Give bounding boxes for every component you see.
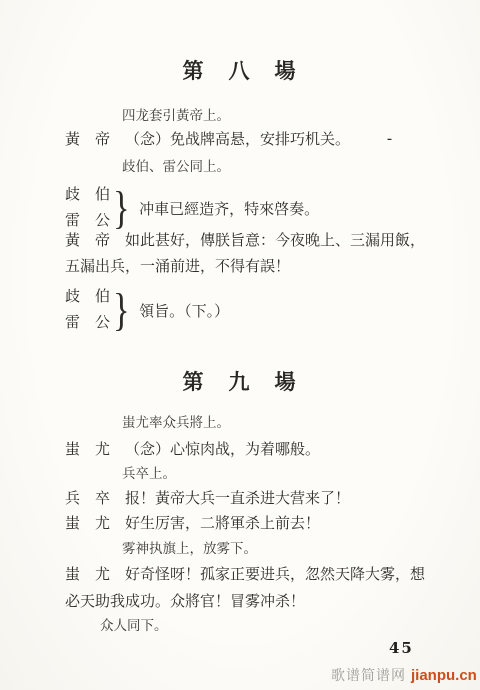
speaker-name: 雷 公 [65, 208, 113, 234]
speech-text: 領旨。（下。） [139, 300, 229, 321]
speaker-name: 蚩 尤 [65, 516, 113, 533]
speaker-name: 黃 帝 [65, 233, 113, 250]
stage-direction: 四龙套引黃帝上。 [122, 109, 230, 123]
speaker-name: 雷 公 [65, 310, 113, 336]
speaker-name: 兵 卒 [65, 491, 113, 508]
scene9-title: 第 九 場 [0, 366, 480, 396]
speech-line: 黃 帝 如此甚好，傳朕旨意：今夜晚上、三漏用飯， [65, 233, 425, 250]
stage-direction: 蚩尤率众兵將上。 [122, 416, 230, 430]
duo-speaker-names: 歧 伯 雷 公 [65, 284, 113, 336]
brace-glyph: } [113, 182, 130, 234]
duo-speech-group: 歧 伯 雷 公 } 冲車已經造齐，特來啓奏。 [65, 182, 319, 234]
stage-direction: 歧伯、雷公同上。 [122, 160, 230, 174]
script-page: { "doc": { "kind": "opera-script-scan", … [0, 0, 480, 690]
site-watermark: 歌谱简谱网jianpu.cn [331, 665, 477, 685]
speaker-name: 蚩 尤 [65, 442, 113, 459]
speech-text: 好奇怪呀！孤家正要进兵，忽然天降大雾，想 [125, 567, 425, 584]
speech-line: 兵 卒 报！黃帝大兵一直杀进大营来了！ [65, 491, 350, 508]
stage-direction: 兵卒上。 [122, 467, 176, 481]
speech-line: 蚩 尤 好奇怪呀！孤家正要进兵，忽然天降大雾，想 [65, 567, 425, 584]
scene8-title: 第 八 場 [0, 55, 480, 85]
margin-dash-mark: - [387, 131, 392, 148]
watermark-site-name: 歌谱简谱网 [331, 667, 406, 683]
speech-text: 好生厉害，二將軍杀上前去！ [125, 516, 320, 533]
speaker-name: 蚩 尤 [65, 567, 113, 584]
speech-text: （念）免战牌高悬，安排巧机关。 [125, 132, 350, 149]
speech-text: 报！黃帝大兵一直杀进大营来了！ [125, 491, 350, 508]
brace-glyph: } [113, 284, 130, 336]
watermark-site-url: jianpu.cn [411, 667, 477, 684]
speech-line: 蚩 尤 好生厉害，二將軍杀上前去！ [65, 516, 320, 533]
speech-text: 冲車已經造齐，特來啓奏。 [139, 198, 319, 219]
speaker-name: 黃 帝 [65, 132, 113, 149]
speech-line: 蚩 尤 （念）心惊肉战，为着哪般。 [65, 442, 320, 459]
speech-text: 如此甚好，傳朕旨意：今夜晚上、三漏用飯， [125, 233, 425, 250]
page-number: 45 [389, 639, 414, 657]
speech-text-continuation: 五漏出兵，一涌前进，不得有誤！ [65, 259, 290, 276]
stage-direction: 雾神执旗上，放雾下。 [122, 542, 257, 556]
speech-text-continuation: 必天助我成功。众將官！冒雾冲杀！ [65, 594, 305, 611]
stage-direction: 众人同下。 [100, 619, 168, 633]
duo-speaker-names: 歧 伯 雷 公 [65, 182, 113, 234]
speech-text: （念）心惊肉战，为着哪般。 [125, 442, 320, 459]
speech-line: 黃 帝 （念）免战牌高悬，安排巧机关。 [65, 132, 350, 149]
speaker-name: 歧 伯 [65, 182, 113, 208]
duo-speech-group: 歧 伯 雷 公 } 領旨。（下。） [65, 284, 229, 336]
speaker-name: 歧 伯 [65, 284, 113, 310]
